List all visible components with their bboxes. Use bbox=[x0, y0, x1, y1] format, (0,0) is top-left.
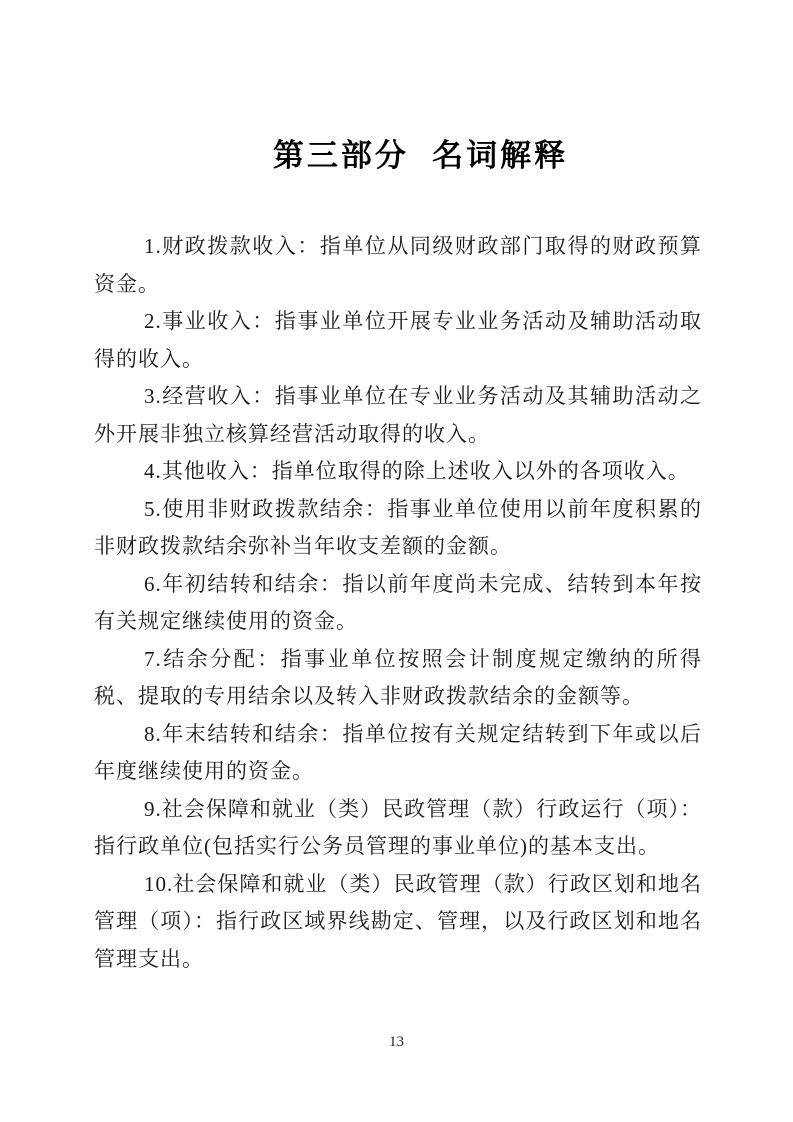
term-definition-9: 9.社会保障和就业（类）民政管理（款）行政运行（项）：指行政单位(包括实行公务员… bbox=[94, 791, 702, 866]
term-definition-1: 1.财政拨款收入：指单位从同级财政部门取得的财政预算资金。 bbox=[94, 228, 702, 303]
page-title: 第三部分 名词解释 bbox=[24, 0, 793, 179]
term-definition-5: 5.使用非财政拨款结余：指事业单位使用以前年度积累的非财政拨款结余弥补当年收支差… bbox=[94, 491, 702, 566]
term-definition-6: 6.年初结转和结余：指以前年度尚未完成、结转到本年按有关规定继续使用的资金。 bbox=[94, 566, 702, 641]
term-definition-10: 10.社会保障和就业（类）民政管理（款）行政区划和地名管理（项）：指行政区域界线… bbox=[94, 866, 702, 979]
page-footer: 13 bbox=[0, 1033, 793, 1051]
definitions-list: 1.财政拨款收入：指单位从同级财政部门取得的财政预算资金。 2.事业收入：指事业… bbox=[94, 228, 702, 978]
term-definition-7: 7.结余分配：指事业单位按照会计制度规定缴纳的所得税、提取的专用结余以及转入非财… bbox=[94, 641, 702, 716]
term-definition-3: 3.经营收入：指事业单位在专业业务活动及其辅助活动之外开展非独立核算经营活动取得… bbox=[94, 378, 702, 453]
term-definition-2: 2.事业收入：指事业单位开展专业业务活动及辅助活动取得的收入。 bbox=[94, 303, 702, 378]
page-number: 13 bbox=[389, 1034, 404, 1050]
term-definition-4: 4.其他收入：指单位取得的除上述收入以外的各项收入。 bbox=[94, 453, 702, 491]
term-definition-8: 8.年末结转和结余：指单位按有关规定结转到下年或以后年度继续使用的资金。 bbox=[94, 716, 702, 791]
document-page: 第三部分 名词解释 1.财政拨款收入：指单位从同级财政部门取得的财政预算资金。 … bbox=[0, 0, 793, 1122]
